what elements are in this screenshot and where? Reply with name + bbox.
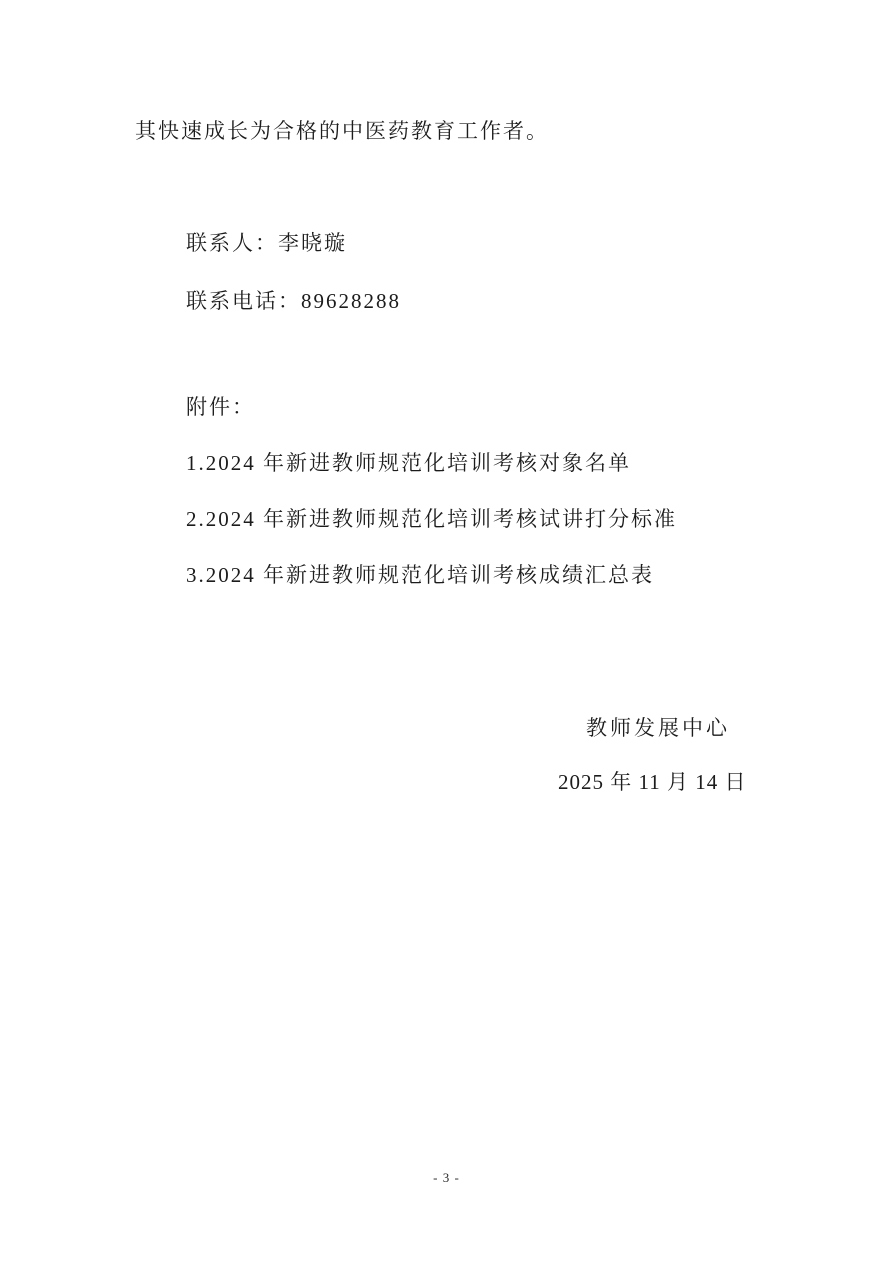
attachment-item: 2.2024 年新进教师规范化培训考核试讲打分标准 <box>186 507 677 531</box>
attachment-item: 1.2024 年新进教师规范化培训考核对象名单 <box>186 451 631 475</box>
contact-phone-label: 联系电话： <box>186 289 301 313</box>
contact-person-label: 联系人： <box>186 231 278 255</box>
document-page: 其快速成长为合格的中医药教育工作者。 联系人：李晓璇 联系电话：89628288… <box>0 0 893 1263</box>
contact-phone-number: 89628288 <box>301 289 401 313</box>
signature-date: 2025 年 11 月 14 日 <box>558 770 746 794</box>
signature-organization: 教师发展中心 <box>586 716 730 740</box>
page-number: - 3 - <box>0 1170 893 1186</box>
attachment-item: 3.2024 年新进教师规范化培训考核成绩汇总表 <box>186 563 654 587</box>
contact-phone-line: 联系电话：89628288 <box>186 289 401 313</box>
body-paragraph: 其快速成长为合格的中医药教育工作者。 <box>135 119 549 143</box>
contact-person-line: 联系人：李晓璇 <box>186 231 347 255</box>
contact-person-name: 李晓璇 <box>278 231 347 255</box>
attachments-heading: 附件： <box>186 395 255 419</box>
